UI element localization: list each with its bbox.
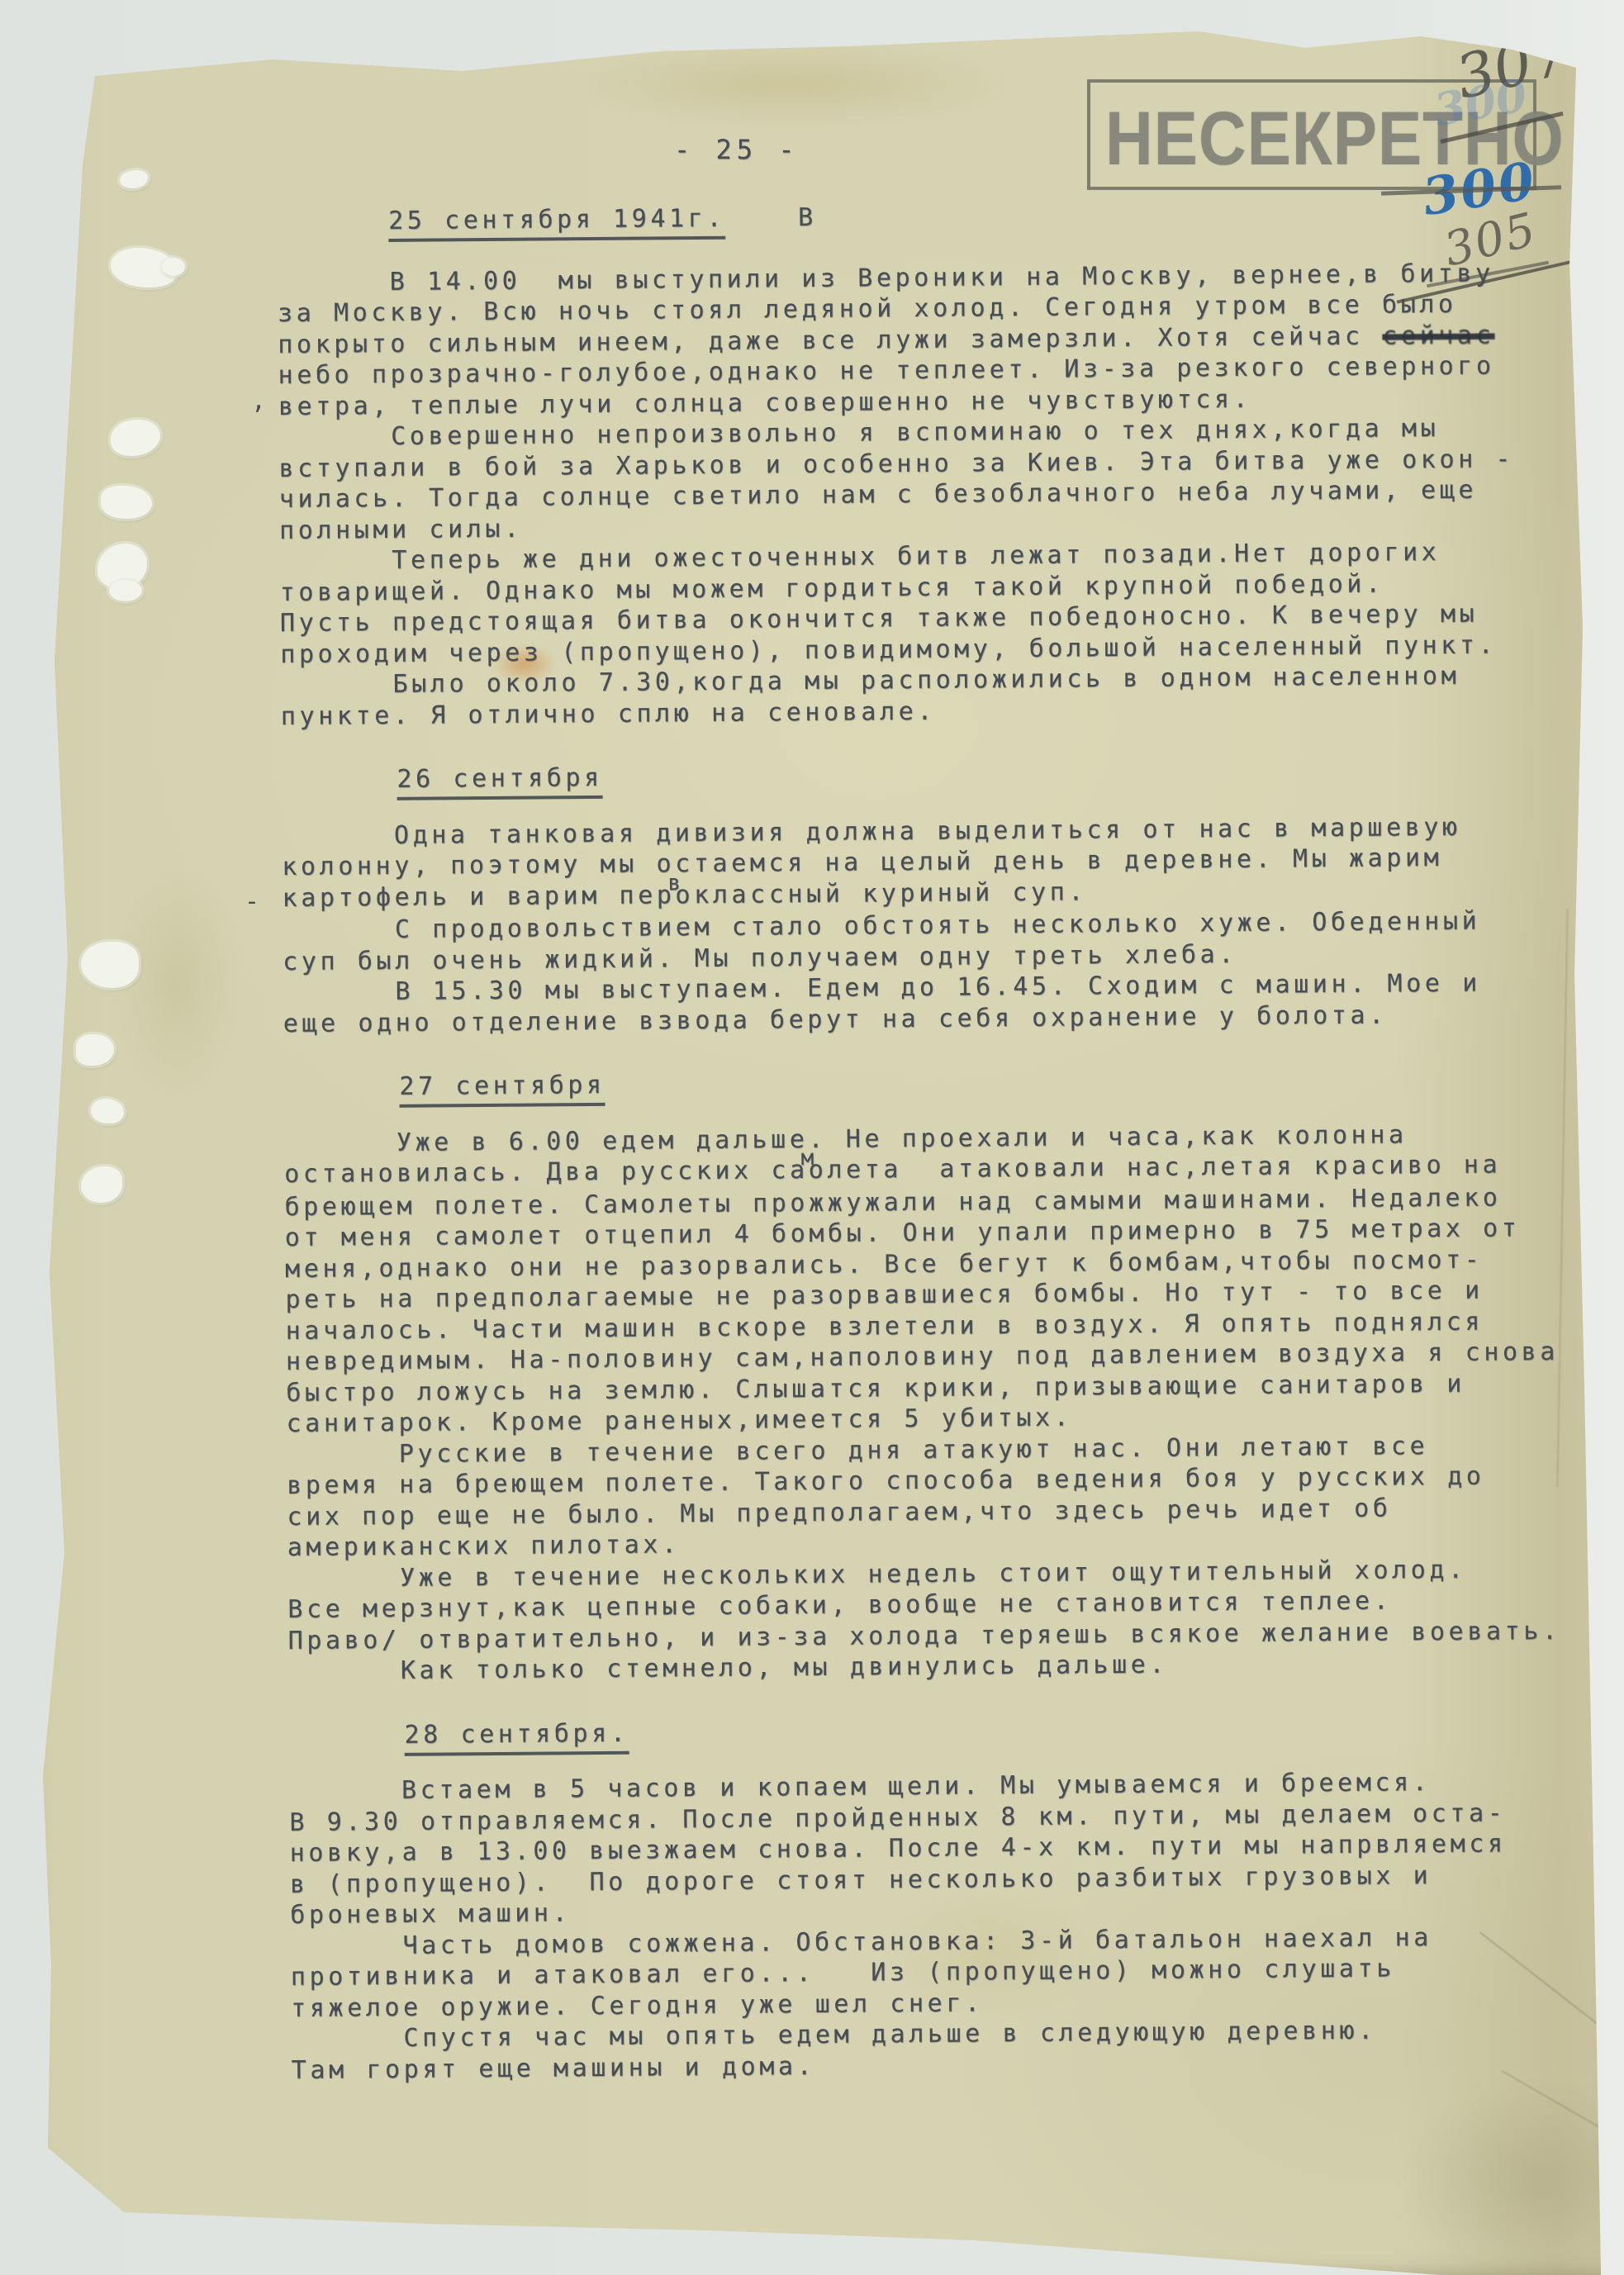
section-heading-text: 26 сентября	[397, 763, 603, 800]
paper-damage-spot	[97, 544, 147, 588]
typed-paragraph: Часть домов сожжена. Обстановка: 3-й бат…	[290, 1921, 1612, 2024]
section-heading: 27 сентября	[399, 1062, 1605, 1102]
stain-wrinkle-shadow	[1404, 2082, 1624, 2275]
document-body: 25 сентября 1941г.В В 14.00 мы выступили…	[277, 196, 1613, 2085]
paper-damage-spot	[109, 580, 142, 601]
paper-damage-spot	[111, 420, 160, 456]
paper-damage-spot	[91, 1099, 124, 1123]
typed-paragraph: Спустя час мы опять едем дальше в следую…	[291, 2013, 1613, 2086]
typed-paragraph: Уже в течение нескольких недель стоит ощ…	[287, 1553, 1610, 1656]
typed-paragraph: Уже в 6.00 едем дальше. Не проехали и ча…	[284, 1118, 1608, 1440]
typed-paragraph: Одна танковая дивизия должна выделиться …	[282, 810, 1604, 915]
section-heading-suffix: В	[798, 203, 817, 232]
paper-damage-spot	[162, 258, 185, 276]
section-heading: 25 сентября 1941г.В	[388, 196, 1598, 236]
margin-comma-mark: ,	[251, 387, 266, 416]
struck-out-word: сейчас	[1382, 321, 1494, 350]
section-heading: 26 сентября	[397, 754, 1603, 795]
section-heading-text: 25 сентября 1941г.	[388, 204, 725, 242]
section-heading-text: 27 сентября	[399, 1071, 605, 1108]
paper-sheet: - 25 - НЕСЕКРЕТНО 307. 300 300 305 - , 2…	[0, 0, 1624, 2275]
typed-paragraph: Теперь же дни ожесточенных битв лежат по…	[279, 535, 1602, 670]
paper-damage-spot	[76, 1034, 114, 1066]
typed-paragraph: В 14.00 мы выступили из Вероники на Моск…	[278, 257, 1600, 422]
typed-paragraph: В 15.30 мы выступаем. Едем до 16.45. Схо…	[283, 967, 1605, 1039]
paper-damage-spot	[111, 248, 177, 287]
paper-damage-spot	[81, 942, 139, 988]
typed-paragraph: С продовольствием стало обстоять несколь…	[283, 905, 1605, 977]
margin-dash-mark: -	[245, 887, 259, 916]
section-heading-text: 28 сентября.	[404, 1718, 629, 1755]
scanned-document-page: { "page": { "number": "- 25 -", "stamp":…	[0, 0, 1624, 2275]
typed-paragraph: Встаем в 5 часов и копаем щели. Мы умыва…	[289, 1765, 1612, 1931]
section-heading: 28 сентября.	[404, 1710, 1610, 1750]
paper-damage-spot	[101, 486, 152, 519]
paper-damage-spot	[81, 1166, 122, 1203]
page-number: - 25 -	[674, 134, 800, 165]
typed-paragraph: Было около 7.30,когда мы расположились в…	[280, 659, 1603, 732]
typed-paragraph: Совершенно непроизвольно я вспоминаю о т…	[278, 411, 1601, 546]
paper-damage-spot	[120, 170, 148, 188]
typed-paragraph: Русские в течение всего дня атакуют нас.…	[287, 1429, 1609, 1564]
crease-line-2	[1501, 2069, 1624, 2179]
stain-left-middle	[116, 867, 240, 1099]
stain-top-band	[578, 43, 1008, 126]
